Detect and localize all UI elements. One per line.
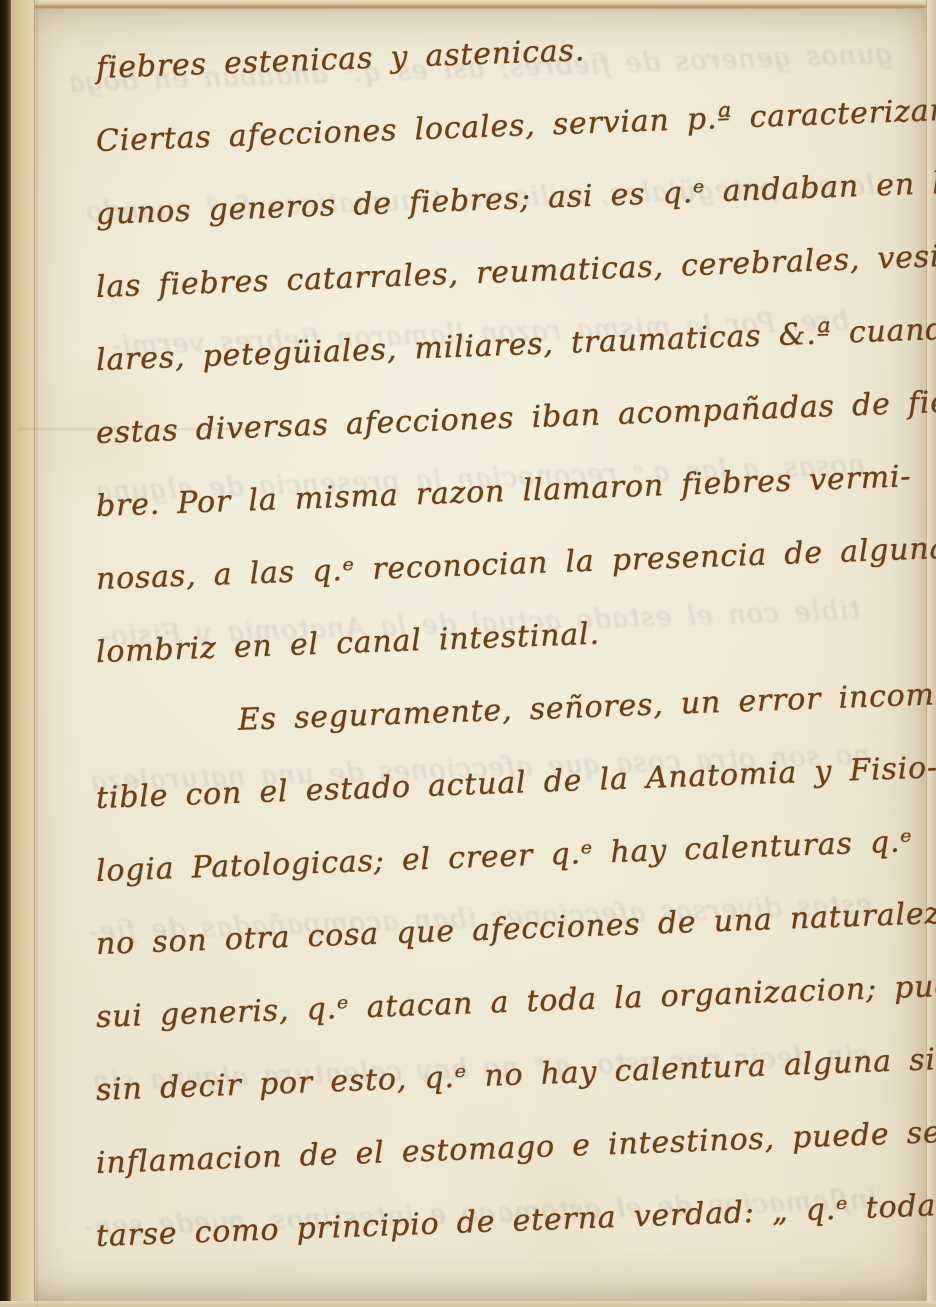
manuscript-text: fiebres estenicas y astenicas. Ciertas a… — [96, 32, 908, 1273]
vertical-crease — [36, 0, 38, 1307]
paper-edge-bottom — [0, 1301, 936, 1307]
manuscript-page-scan: gunos generos de fiebres; asi es q.ᵉ and… — [0, 0, 936, 1307]
paper-edge-left — [11, 0, 35, 1307]
binding-shadow — [0, 0, 11, 1307]
